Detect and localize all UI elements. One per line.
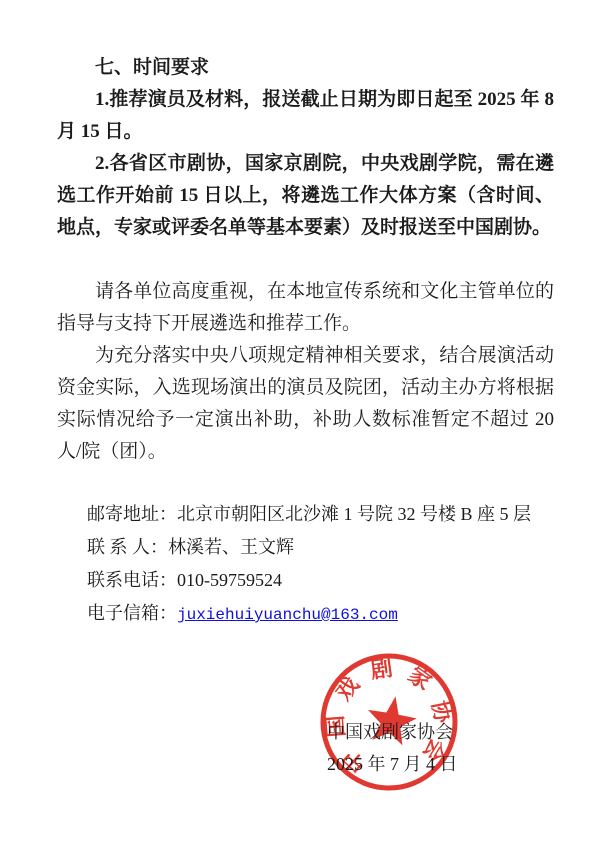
contact-phone-label: 联系电话： [87, 570, 177, 590]
signature-area: 中 国 戏 剧 家 协 会 中国戏剧家协会 2025 年 7 月 4 日 [57, 632, 554, 852]
stamp-arc-char: 戏 [331, 672, 364, 705]
stamp-arc-char: 家 [404, 662, 436, 695]
email-link[interactable]: juxiehuiyuanchu@163.com [177, 606, 398, 624]
blank-line [57, 244, 554, 276]
contact-phone-value: 010-59759524 [177, 570, 282, 590]
contact-person-label: 联 系 人： [87, 537, 168, 557]
stamp-arc-char: 剧 [369, 655, 394, 683]
contact-person-value: 林溪若、王文辉 [168, 537, 294, 557]
section-heading: 七、时间要求 [57, 52, 554, 84]
signature-date: 2025 年 7 月 4 日 [327, 752, 458, 776]
contact-address-label: 邮寄地址： [87, 504, 177, 524]
paragraph-subsidy: 为充分落实中央八项规定精神相关要求，结合展演活动资金实际，入选现场演出的演员及院… [57, 340, 554, 468]
paragraph-importance: 请各单位高度重视，在本地宣传系统和文化主管单位的指导与支持下开展遴选和推荐工作。 [57, 276, 554, 340]
contact-email-label: 电子信箱： [87, 603, 177, 623]
document-page: 七、时间要求 1.推荐演员及材料，报送截止日期为即日起至 2025 年 8 月 … [0, 0, 611, 853]
contact-block: 邮寄地址：北京市朝阳区北沙滩 1 号院 32 号楼 B 座 5 层 联 系 人：… [87, 498, 554, 632]
paragraph-deadline: 1.推荐演员及材料，报送截止日期为即日起至 2025 年 8 月 15 日。 [57, 84, 554, 148]
paragraph-selection-plan: 2.各省区市剧协，国家京剧院，中央戏剧学院，需在遴选工作开始前 15 日以上，将… [57, 148, 554, 244]
contact-address-value: 北京市朝阳区北沙滩 1 号院 32 号楼 B 座 5 层 [177, 504, 531, 524]
signature-org-name: 中国戏剧家协会 [327, 720, 453, 744]
contact-address-line: 邮寄地址：北京市朝阳区北沙滩 1 号院 32 号楼 B 座 5 层 [87, 498, 554, 531]
contact-phone-line: 联系电话：010-59759524 [87, 564, 554, 597]
contact-email-line: 电子信箱：juxiehuiyuanchu@163.com [87, 597, 554, 632]
contact-person-line: 联 系 人：林溪若、王文辉 [87, 531, 554, 564]
